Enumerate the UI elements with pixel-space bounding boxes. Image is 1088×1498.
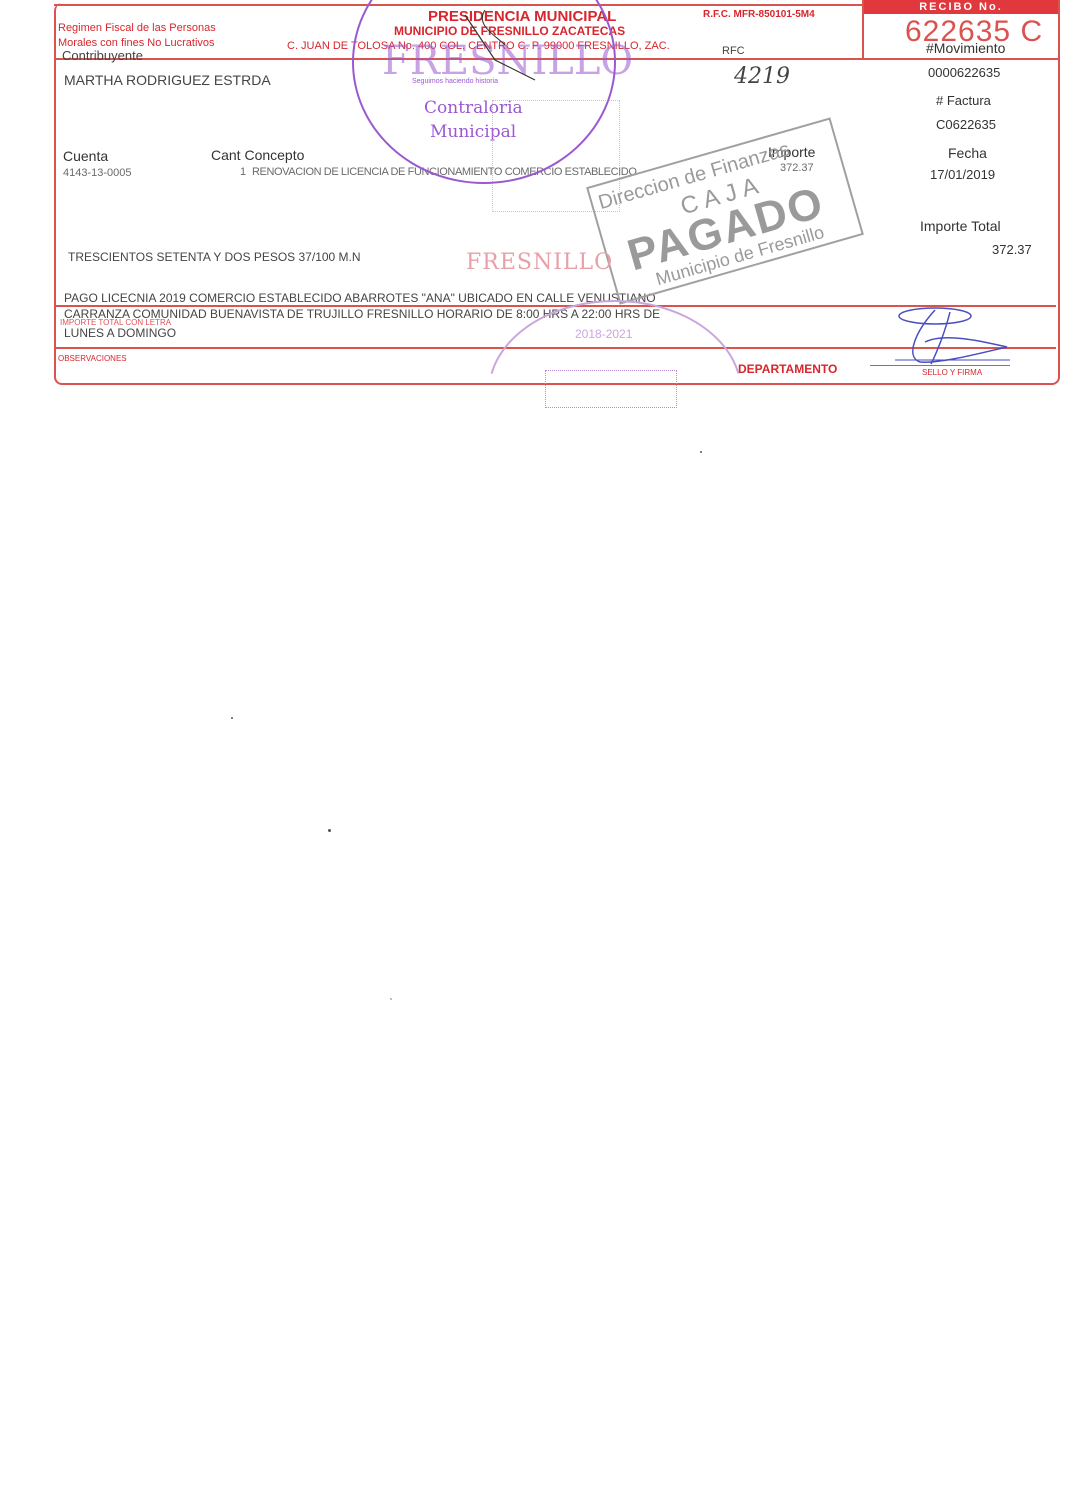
fecha-label: Fecha [948,145,987,161]
amount-in-words: TRESCIENTOS SETENTA Y DOS PESOS 37/100 M… [68,250,361,264]
concept-cant: 1 [240,166,246,178]
movimiento-value: 0000622635 [928,65,1000,80]
scan-speck [700,451,702,453]
description-line-3: LUNES A DOMINGO [64,326,176,340]
movimiento-label: #Movimiento [926,40,1005,56]
regime-line-1: Regimen Fiscal de las Personas [58,22,216,34]
rfc-label: RFC [722,45,745,57]
concept-cuenta: 4143-13-0005 [63,167,132,179]
fresnillo-watermark: FRESNILLO [466,250,613,275]
description-line-1: PAGO LICECNIA 2019 COMERCIO ESTABLECIDO … [64,291,656,305]
importe-total-label: Importe Total [920,218,1001,234]
contribuyente-label: Contribuyente [62,48,143,63]
signature [895,302,1015,372]
fecha-value: 17/01/2019 [930,167,995,182]
column-divider [855,58,857,59]
factura-value: C0622635 [936,117,996,132]
seal-building-icon [545,370,677,408]
recibo-label: RECIBO No. [864,0,1058,14]
scan-speck [328,829,331,832]
scan-speck [390,998,392,1000]
factura-label: # Factura [936,93,991,108]
observaciones-label: OBSERVACIONES [58,354,127,363]
cuenta-label: Cuenta [63,148,108,164]
handwritten-note: 4219 [734,64,790,89]
contribuyente-name: MARTHA RODRIGUEZ ESTRDA [64,72,271,88]
departamento-label: DEPARTAMENTO [738,362,837,376]
pen-mark [455,5,545,85]
cant-concepto-label: Cant Concepto [211,147,304,163]
seal-period: 2018-2021 [575,327,632,341]
importe-total-value: 372.37 [992,242,1032,257]
scan-speck [231,717,233,719]
header-rfc: R.F.C. MFR-850101-5M4 [703,9,815,20]
